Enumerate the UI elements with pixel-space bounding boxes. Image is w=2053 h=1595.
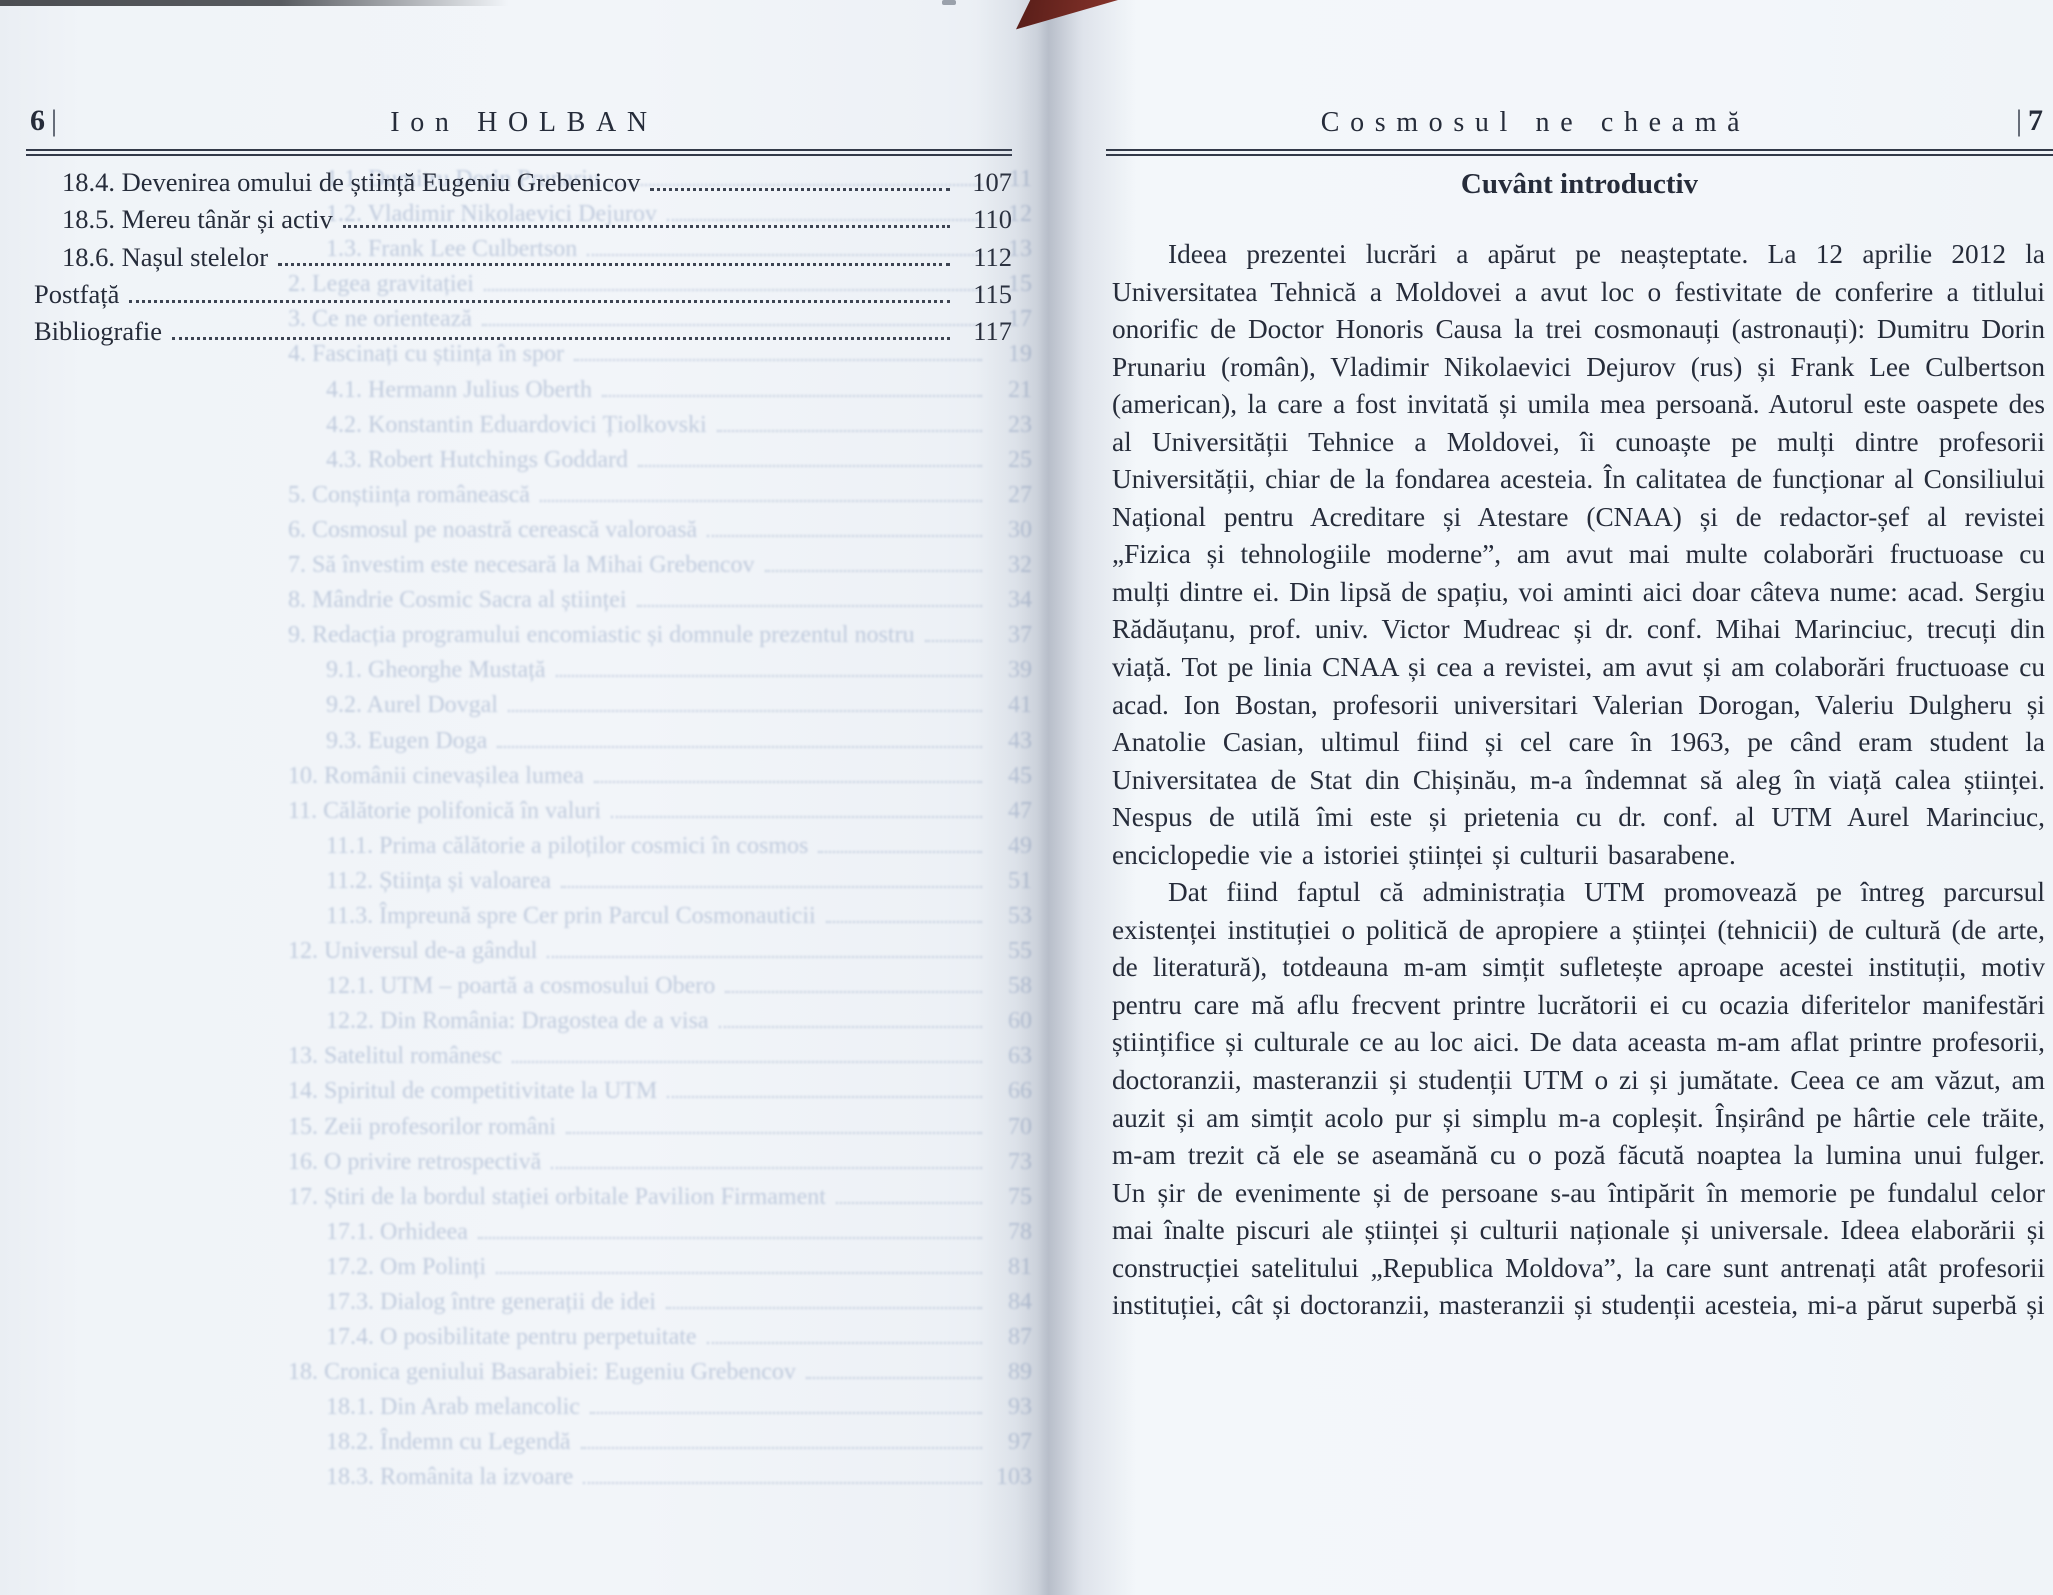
dotted-leader [561, 886, 982, 888]
ghost-toc-entry-label: 18. Cronica geniului Basarabiei: Eugeniu… [288, 1359, 796, 1386]
dotted-leader [129, 300, 950, 303]
body-paragraph: Dat fiind faptul că administrația UTM pr… [1112, 874, 2045, 1325]
dotted-leader [343, 225, 950, 228]
ghost-toc-entry-label: 18.3. Românita la izvoare [326, 1464, 573, 1491]
running-header-right: Cosmosul ne cheamă [1108, 107, 1963, 139]
ghost-toc-entry-label: 9.1. Gheorghe Mustață [326, 657, 546, 684]
dotted-leader [512, 1061, 982, 1063]
ghost-toc-entry: 11.3. Împreună spre Cer prin Parcul Cosm… [288, 903, 1032, 938]
ghost-toc-entry: 4.1. Hermann Julius Oberth21 [288, 377, 1032, 412]
ghost-toc-entry-label: 17.1. Orhideea [326, 1219, 468, 1246]
dotted-leader [478, 1237, 982, 1239]
gutter-shadow-left [976, 0, 1048, 1595]
ghost-toc-entry: 17.3. Dialog între generații de idei84 [288, 1289, 1032, 1324]
ghost-toc-entry: 12. Universul de-a gândul55 [288, 938, 1032, 973]
ghost-toc-entry-label: 18.1. Din Arab melancolic [326, 1394, 580, 1421]
left-page: 1.1. Dumitru Dorin Prunariu111.2. Vladim… [0, 0, 1048, 1595]
ghost-toc-entry-label: 9.2. Aurel Dovgal [326, 692, 498, 719]
body-paragraph: Ideea prezentei lucrări a apărut pe neaș… [1112, 236, 2045, 874]
dotted-leader [638, 465, 982, 467]
running-header-left: Ion HOLBAN [0, 107, 1048, 139]
dotted-leader [806, 1377, 982, 1379]
ghost-toc-entry: 18.2. Îndemn cu Legendă97 [288, 1429, 1032, 1464]
ghost-toc-entry: 9.3. Eugen Doga43 [288, 728, 1032, 763]
book-spread: 1.1. Dumitru Dorin Prunariu111.2. Vladim… [0, 0, 2053, 1595]
ghost-toc-entry-label: 7. Să învestim este necesară la Mihai Gr… [288, 552, 755, 579]
ghost-toc-entry-label: 17.4. O posibilitate pentru perpetuitate [326, 1324, 697, 1351]
toc-entry-label: 18.5. Mereu tânăr și activ [62, 204, 333, 235]
ghost-toc-entry-label: 12.2. Din România: Dragostea de a visa [326, 1008, 709, 1035]
toc-entry: 18.5. Mereu tânăr și activ110 [34, 204, 1012, 241]
dotted-leader [650, 188, 950, 191]
ghost-toc-entry-label: 15. Zeii profesorilor români [288, 1114, 556, 1141]
dotted-leader [667, 1096, 982, 1098]
ghost-toc-entry-label: 17.2. Om Polinți [326, 1254, 486, 1281]
dotted-leader [497, 746, 982, 748]
ghost-toc-entry: 12.2. Din România: Dragostea de a visa60 [288, 1008, 1032, 1043]
toc-entry: 18.6. Nașul stelelor112 [34, 242, 1012, 279]
toc-entry: 18.4. Devenirea omului de știință Eugeni… [34, 167, 1012, 204]
ghost-toc-entry: 17. Știri de la bordul stației orbitale … [288, 1184, 1032, 1219]
page-number-right-value: 7 [2028, 104, 2043, 137]
ghost-toc-entry: 8. Mândrie Cosmic Sacra al științei34 [288, 587, 1032, 622]
header-rule-right [1106, 149, 2053, 156]
ghost-toc-entry: 18. Cronica geniului Basarabiei: Eugeniu… [288, 1359, 1032, 1394]
ghost-toc-entry: 7. Să învestim este necesară la Mihai Gr… [288, 552, 1032, 587]
ghost-toc-entry: 11.2. Știința și valoarea51 [288, 868, 1032, 903]
ghost-toc-entry: 17.1. Orhideea78 [288, 1219, 1032, 1254]
ghost-toc-entry: 13. Satelitul românesc63 [288, 1043, 1032, 1078]
ghost-toc-entry-label: 9. Redacția programului encomiastic și d… [288, 622, 915, 649]
dotted-leader [836, 1202, 982, 1204]
dotted-leader [574, 359, 982, 361]
dotted-leader [707, 535, 982, 537]
ghost-toc-entry-label: 4.1. Hermann Julius Oberth [326, 377, 592, 404]
dotted-leader [278, 263, 950, 266]
ghost-toc-entry: 6. Cosmosul pe noastră cerească valoroas… [288, 517, 1032, 552]
right-page: Cosmosul ne cheamă |7 Cuvânt introductiv… [1048, 0, 2053, 1595]
ghost-toc-entry: 4.2. Konstantin Eduardovici Țiolkovski23 [288, 412, 1032, 447]
ghost-toc-entry: 18.3. Românita la izvoare103 [288, 1464, 1032, 1499]
toc-entry: Postfață115 [34, 279, 1012, 316]
ghost-toc-entry-label: 11.1. Prima călătorie a piloților cosmic… [326, 833, 808, 860]
ghost-toc-entry-label: 13. Satelitul românesc [288, 1043, 502, 1070]
dotted-leader [581, 1447, 982, 1449]
ghost-toc-entry-label: 6. Cosmosul pe noastră cerească valoroas… [288, 517, 697, 544]
dotted-leader [719, 1026, 982, 1028]
dotted-leader [602, 395, 982, 397]
ghost-toc-entry: 15. Zeii profesorilor români70 [288, 1114, 1032, 1149]
dotted-leader [496, 1272, 982, 1274]
ghost-toc-entry-label: 11.3. Împreună spre Cer prin Parcul Cosm… [326, 903, 816, 930]
section-title: Cuvânt introductiv [1106, 168, 2053, 201]
dotted-leader [765, 570, 983, 572]
ghost-toc-entry-label: 12. Universul de-a gândul [288, 938, 537, 965]
dotted-leader [594, 781, 982, 783]
dotted-leader [547, 956, 982, 958]
dotted-leader [725, 991, 982, 993]
ghost-toc-showthrough: 1.1. Dumitru Dorin Prunariu111.2. Vladim… [288, 166, 1032, 1500]
dotted-leader [818, 851, 982, 853]
toc-entry-label: 18.4. Devenirea omului de știință Eugeni… [62, 167, 640, 198]
dotted-leader [717, 430, 982, 432]
ghost-toc-entry: 17.4. O posibilitate pentru perpetuitate… [288, 1324, 1032, 1359]
ghost-toc-entry: 12.1. UTM – poartă a cosmosului Obero58 [288, 973, 1032, 1008]
ghost-toc-entry-label: 9.3. Eugen Doga [326, 728, 487, 755]
ghost-toc-entry: 9.2. Aurel Dovgal41 [288, 692, 1032, 727]
scan-speck [942, 0, 956, 5]
dotted-leader [508, 710, 982, 712]
dotted-leader [551, 1167, 982, 1169]
ghost-toc-entry-label: 11.2. Știința și valoarea [326, 868, 551, 895]
header-rule-left [26, 149, 1012, 156]
ghost-toc-entry: 14. Spiritul de competitivitate la UTM66 [288, 1078, 1032, 1113]
dotted-leader [172, 337, 950, 340]
ghost-toc-entry-label: 4.3. Robert Hutchings Goddard [326, 447, 628, 474]
toc-entry-label: Postfață [34, 279, 119, 310]
ghost-toc-entry: 9. Redacția programului encomiastic și d… [288, 622, 1032, 657]
ghost-toc-entry: 11.1. Prima călătorie a piloților cosmic… [288, 833, 1032, 868]
ghost-toc-entry-label: 12.1. UTM – poartă a cosmosului Obero [326, 973, 715, 1000]
dotted-leader [666, 1307, 982, 1309]
dotted-leader [925, 640, 983, 642]
ghost-toc-entry-label: 8. Mândrie Cosmic Sacra al științei [288, 587, 627, 614]
page-number-right-separator: | [2016, 104, 2022, 137]
ghost-toc-entry-label: 14. Spiritul de competitivitate la UTM [288, 1078, 657, 1105]
dotted-leader [583, 1482, 982, 1484]
dotted-leader [590, 1412, 982, 1414]
toc-entry-label: 18.6. Nașul stelelor [62, 242, 268, 273]
dotted-leader [540, 500, 982, 502]
ghost-toc-entry-label: 18.2. Îndemn cu Legendă [326, 1429, 571, 1456]
dotted-leader [637, 605, 982, 607]
ghost-toc-entry: 4.3. Robert Hutchings Goddard25 [288, 447, 1032, 482]
dotted-leader [566, 1132, 982, 1134]
toc-list: 18.4. Devenirea omului de știință Eugeni… [34, 167, 1012, 353]
ghost-toc-entry: 16. O privire retrospectivă73 [288, 1149, 1032, 1184]
dotted-leader [611, 816, 982, 818]
ghost-toc-entry-label: 5. Conștiința românească [288, 482, 530, 509]
toc-entry: Bibliografie117 [34, 316, 1012, 353]
ghost-toc-entry-label: 16. O privire retrospectivă [288, 1149, 541, 1176]
ghost-toc-entry: 11. Călătorie polifonică în valuri47 [288, 798, 1032, 833]
ghost-toc-entry-label: 10. Românii cinevașilea lumea [288, 763, 584, 790]
ghost-toc-entry: 9.1. Gheorghe Mustață39 [288, 657, 1032, 692]
ghost-toc-entry-label: 4.2. Konstantin Eduardovici Țiolkovski [326, 412, 707, 439]
toc-entry-label: Bibliografie [34, 316, 162, 347]
ghost-toc-entry-label: 17.3. Dialog între generații de idei [326, 1289, 656, 1316]
dotted-leader [826, 921, 982, 923]
dotted-leader [707, 1342, 982, 1344]
page-number-right: |7 [2010, 104, 2043, 138]
ghost-toc-entry: 17.2. Om Polinți81 [288, 1254, 1032, 1289]
ghost-toc-entry: 5. Conștiința românească27 [288, 482, 1032, 517]
dotted-leader [556, 675, 982, 677]
ghost-toc-entry-label: 17. Știri de la bordul stației orbitale … [288, 1184, 826, 1211]
ghost-toc-entry: 10. Românii cinevașilea lumea45 [288, 763, 1032, 798]
ghost-toc-entry-label: 11. Călătorie polifonică în valuri [288, 798, 601, 825]
body-text: Ideea prezentei lucrări a apărut pe neaș… [1112, 236, 2045, 1325]
scan-edge-artifact [0, 0, 508, 6]
ghost-toc-entry: 18.1. Din Arab melancolic93 [288, 1394, 1032, 1429]
